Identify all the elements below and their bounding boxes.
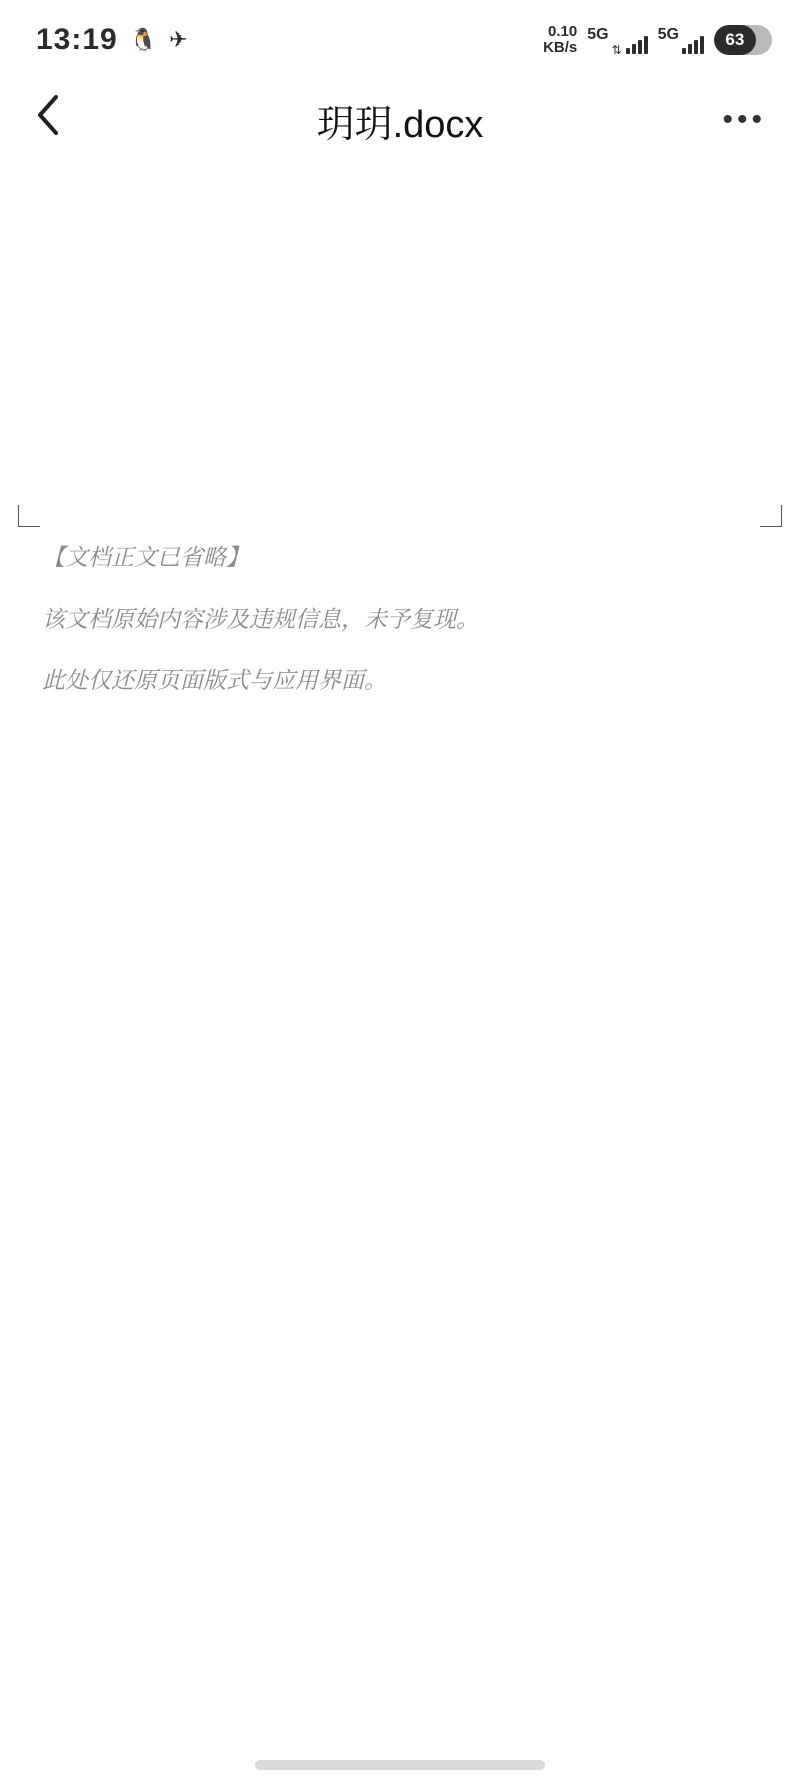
data-arrows-icon: ⇅ <box>612 46 622 54</box>
qq-penguin-icon: 🐧 <box>130 29 157 51</box>
sim2-signal: 5G <box>658 26 704 54</box>
document-body: 【文档正文已省略】 该文档原始内容涉及违规信息，未予复现。 此处仅还原页面版式与… <box>0 250 800 699</box>
back-button[interactable] <box>34 93 94 148</box>
page-corner-mark <box>760 505 782 527</box>
chevron-left-icon <box>34 93 60 137</box>
more-options-button[interactable]: ••• <box>706 103 766 137</box>
sim1-signal: 5G ⇅ <box>587 26 647 54</box>
redaction-note: 该文档原始内容涉及违规信息，未予复现。 <box>42 602 758 638</box>
redaction-note: 【文档正文已省略】 <box>42 540 758 576</box>
battery-percent: 63 <box>725 30 744 50</box>
document-page: 【文档正文已省略】 该文档原始内容涉及违规信息，未予复现。 此处仅还原页面版式与… <box>0 250 800 699</box>
network-speed: 0.10 KB/s <box>543 24 577 57</box>
nav-bar: 玥玥.docx ••• <box>0 70 800 170</box>
clock: 13:19 <box>36 23 118 57</box>
page-corner-mark <box>18 505 40 527</box>
home-indicator[interactable] <box>255 1760 545 1770</box>
signal-bars-icon <box>682 34 704 54</box>
document-title: 玥玥.docx <box>317 93 484 148</box>
messenger-app-icon: ✈ <box>169 29 187 51</box>
status-bar: 13:19 🐧 ✈ 0.10 KB/s 5G ⇅ 5G 63 <box>0 0 800 70</box>
battery-icon: 63 <box>714 25 772 55</box>
signal-bars-icon <box>626 34 648 54</box>
redaction-note: 此处仅还原页面版式与应用界面。 <box>42 663 758 699</box>
